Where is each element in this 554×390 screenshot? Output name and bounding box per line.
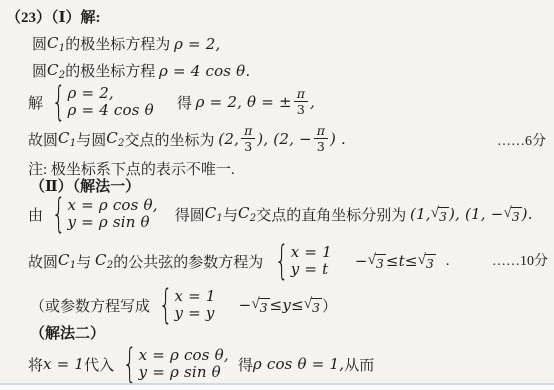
text-run: （或参数方程写成 <box>30 295 150 316</box>
problem-number-label: （23）（Ⅰ）解: <box>6 6 101 27</box>
left-brace-icon: { <box>159 287 173 323</box>
left-brace-icon: { <box>52 84 66 120</box>
page-bottom-divider <box>0 383 554 390</box>
math-run: ) . <box>330 130 346 148</box>
math-run: − <box>239 296 252 314</box>
variable-letter: C <box>58 129 70 147</box>
text-run: 交点的直角坐标分别为 <box>256 204 410 225</box>
fraction-denominator: 3 <box>244 139 252 154</box>
line-solve-system: 解 { ρ = 2, ρ = 4 cos θ 得 ρ = 2, θ = ± π3… <box>28 84 315 120</box>
equation-row: ρ = 4 cos θ <box>67 102 153 119</box>
fraction-numerator: π <box>241 124 255 139</box>
equation-row: ρ = 2, <box>67 85 113 102</box>
equation-row: x = 1 <box>174 288 215 305</box>
equation-system: { x = 1 y = t <box>269 243 332 279</box>
radicand: 3 <box>259 298 270 315</box>
variable-letter: C <box>58 251 70 269</box>
equation-row: y = ρ sin θ <box>139 364 221 381</box>
variable-letter: C <box>95 251 107 269</box>
fraction-pi-over-3: π3 <box>294 87 308 118</box>
math-run: ≤y≤ <box>270 296 304 314</box>
radicand: 3 <box>511 207 522 224</box>
text-run: 故圆 <box>28 129 58 150</box>
equation-system: { ρ = 2, ρ = 4 cos θ <box>46 84 154 120</box>
equation-row: y = y <box>174 305 214 322</box>
text-run: 由 <box>28 204 43 225</box>
system-equations: x = ρ cos θ, y = ρ sin θ <box>67 197 157 231</box>
equation-row: y = t <box>291 261 329 278</box>
line-chord-parametric: 故圆C1与 C2的公共弦的参数方程为 { x = 1 y = t − √3 ≤t… <box>28 243 450 279</box>
math-run: − <box>355 252 368 270</box>
score-marker-6: ……6分 <box>497 130 546 150</box>
system-equations: x = 1 y = y <box>174 288 215 322</box>
variable-letter: C <box>106 129 118 147</box>
line-part2-method1: （Ⅱ）（解法一） <box>30 175 140 196</box>
radicand: 3 <box>438 207 449 224</box>
fraction-pi-over-3: π3 <box>241 124 255 155</box>
text-run: 的极坐标方程 <box>65 60 159 81</box>
left-brace-icon: { <box>123 346 137 382</box>
system-equations: x = 1 y = t <box>291 244 332 278</box>
text-run: 得圆 <box>175 204 205 225</box>
text-run: ） <box>322 295 337 316</box>
variable-c1: C1 <box>58 129 76 149</box>
line-alt-parametric: （或参数方程写成 { x = 1 y = y − √3 ≤y≤ √3 ） <box>30 287 337 323</box>
radicand: 3 <box>311 298 322 315</box>
left-brace-icon: { <box>275 243 289 279</box>
fraction-numerator: π <box>314 124 328 139</box>
fraction-pi-over-3: π3 <box>314 124 328 155</box>
math-run: ρ = 2, <box>174 35 220 53</box>
text-run: 的公共弦的参数方程为 <box>113 251 263 272</box>
text-run: 与 <box>76 251 95 272</box>
equation-row: x = ρ cos θ, <box>139 347 229 364</box>
line-substitute: 将x = 1代入 { x = ρ cos θ, y = ρ sin θ 得ρ c… <box>28 346 374 382</box>
variable-c2: C2 <box>95 251 113 271</box>
math-run: ). <box>522 205 533 223</box>
line-intersection-polar-coords: 故圆C1与圆C2交点的坐标为 (2, π3 ), (2, − π3 ) . <box>28 124 346 155</box>
sqrt-3: √3 <box>503 205 521 224</box>
text-run: 故圆 <box>28 251 58 272</box>
text-run: 与 <box>223 204 238 225</box>
scanned-solution-page: （23）（Ⅰ）解: 圆C1的极坐标方程为 ρ = 2, 圆C2的极坐标方程 ρ … <box>0 0 554 390</box>
fraction-denominator: 3 <box>317 139 325 154</box>
math-run: x = 1 <box>43 355 84 373</box>
text-run: 将 <box>28 354 43 375</box>
line-method2: （解法二） <box>30 322 105 343</box>
section-label: （Ⅱ）（解法一） <box>30 175 140 196</box>
line-c2-polar-equation: 圆C2的极坐标方程 ρ = 4 cos θ. <box>32 60 250 81</box>
left-brace-icon: { <box>52 196 66 232</box>
variable-letter: C <box>205 204 217 222</box>
variable-c1: C1 <box>58 251 76 271</box>
text-run: 交点的坐标为 <box>125 129 219 150</box>
sqrt-3: √3 <box>304 296 322 315</box>
equation-row: x = ρ cos θ, <box>67 197 157 214</box>
system-equations: ρ = 2, ρ = 4 cos θ <box>67 85 153 119</box>
sqrt-3: √3 <box>368 252 386 271</box>
text-run: . <box>446 253 450 270</box>
header-line: （23）（Ⅰ）解: <box>6 6 101 27</box>
variable-letter: C <box>238 204 250 222</box>
text-run: 圆 <box>32 60 47 81</box>
variable-c1: C1 <box>47 34 65 54</box>
text-run: 从而 <box>344 354 374 375</box>
math-run: ρ cos θ = 1, <box>253 355 344 373</box>
variable-letter: C <box>47 61 59 79</box>
text-run: 代入 <box>84 354 114 375</box>
text-run: 与圆 <box>76 129 106 150</box>
sqrt-3: √3 <box>251 296 269 315</box>
variable-c2: C2 <box>238 204 256 224</box>
math-run: (2, <box>218 130 239 148</box>
equation-system: { x = ρ cos θ, y = ρ sin θ <box>46 196 158 232</box>
text-run: 的极坐标方程为 <box>65 33 174 54</box>
variable-c2: C2 <box>47 61 65 81</box>
math-run: ρ = 4 cos θ. <box>159 62 250 80</box>
radicand: 3 <box>375 254 386 271</box>
line-c1-polar-equation: 圆C1的极坐标方程为 ρ = 2, <box>32 33 220 54</box>
math-run: ), (2, − <box>257 130 312 148</box>
variable-c1: C1 <box>205 204 223 224</box>
math-run: (1, <box>410 205 431 223</box>
fraction-numerator: π <box>294 87 308 102</box>
math-run: ρ = 2, θ = ± <box>196 93 292 111</box>
section-label: （解法二） <box>30 322 105 343</box>
variable-c2: C2 <box>106 129 124 149</box>
sqrt-3: √3 <box>431 205 449 224</box>
text-run: 圆 <box>32 33 47 54</box>
variable-letter: C <box>47 34 59 52</box>
equation-system: { x = ρ cos θ, y = ρ sin θ <box>117 346 229 382</box>
math-run: ), (1, − <box>449 205 504 223</box>
math-run: , <box>310 93 315 111</box>
text-run: 得 <box>177 92 196 113</box>
system-equations: x = ρ cos θ, y = ρ sin θ <box>139 347 229 381</box>
text-run: 得 <box>238 354 253 375</box>
line-rect-coords: 由 { x = ρ cos θ, y = ρ sin θ 得圆C1与C2交点的直… <box>28 196 533 232</box>
equation-system: { x = 1 y = y <box>153 287 216 323</box>
fraction-denominator: 3 <box>297 102 305 117</box>
sqrt-3: √3 <box>418 252 436 271</box>
score-marker-10: ……10分 <box>492 250 548 270</box>
text-run: 解 <box>28 92 43 113</box>
equation-row: x = 1 <box>291 244 332 261</box>
radicand: 3 <box>425 254 436 271</box>
math-run: ≤t≤ <box>386 252 418 270</box>
equation-row: y = ρ sin θ <box>67 214 149 231</box>
